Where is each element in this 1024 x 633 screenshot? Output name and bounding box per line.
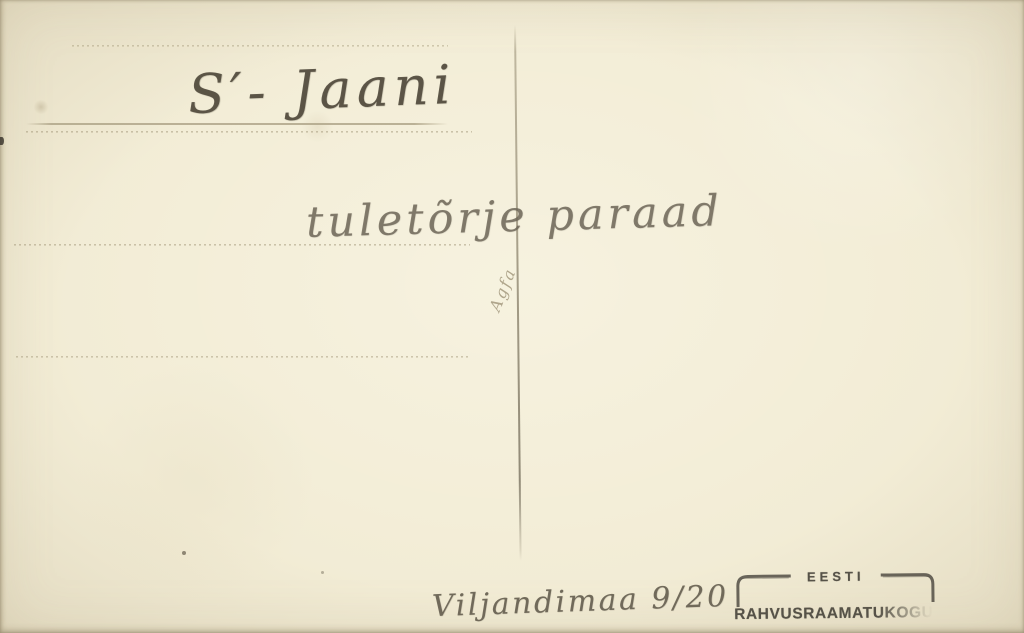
address-dotted-line-3: [14, 244, 470, 246]
paper-edge-notch: [0, 137, 4, 145]
address-dotted-line-4: [16, 356, 468, 358]
library-stamp: EESTI RAHVUSRAAMATUKOGU: [733, 567, 944, 631]
paper-ink-dot: [182, 551, 186, 555]
paper-speck: [321, 571, 324, 574]
address-dotted-line-2: [26, 131, 472, 133]
stamp-text-rahvusraamatukogu: RAHVUSRAAMATUKOGU: [734, 604, 934, 624]
handwriting-location: S′- Jaani: [187, 53, 457, 126]
address-solid-underline: [26, 123, 448, 125]
stamp-text-eesti: EESTI: [793, 569, 879, 585]
address-dotted-line-1: [72, 45, 448, 47]
handwriting-archive-note: Viljandimaa 9/20: [431, 579, 729, 624]
postcard-back-scan: S′- Jaani tuletõrje paraad Viljandimaa 9…: [0, 0, 1024, 633]
handwriting-caption: tuletõrje paraad: [305, 186, 723, 248]
paper-smudge: [33, 100, 49, 114]
postcard-divider-line: [514, 25, 521, 561]
agfa-paper-watermark: Agfa: [485, 265, 520, 314]
